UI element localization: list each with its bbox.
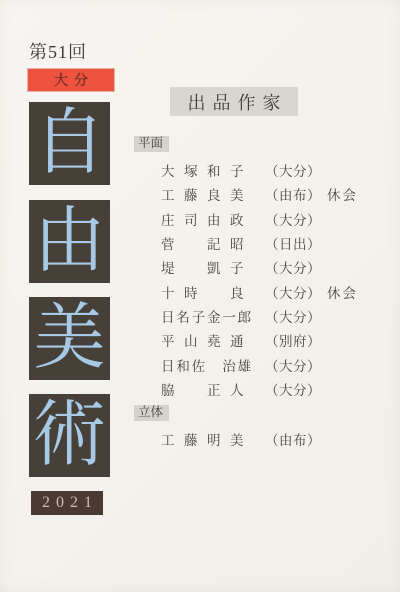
roster-heading: 出品作家 [170, 87, 298, 116]
region-badge: 大分 [28, 69, 114, 91]
artist-name-char: 和 [207, 160, 230, 180]
artist-location: （大分） [265, 355, 321, 375]
artist-name-char: 子 [192, 306, 207, 326]
section-label: 立体 [134, 405, 169, 421]
artist-name-char: 由 [207, 209, 230, 229]
artist-location: （大分） [265, 209, 321, 229]
artist-name-char: 時 [184, 282, 207, 302]
year-text: 2021 [36, 494, 98, 512]
artist-name: 日名子金一郎 [161, 306, 253, 326]
artist-location: （大分） [265, 306, 321, 326]
artist-name-char: 藤 [184, 429, 207, 449]
artist-name-char: 工 [161, 184, 184, 204]
artist-row: 大塚和子（大分） [134, 158, 396, 182]
artist-name-char: 大 [161, 160, 184, 180]
artist-name-char: 美 [230, 184, 253, 204]
artist-name-char [184, 257, 207, 277]
artist-location: （由布） [265, 184, 321, 204]
artist-name-char: 山 [184, 330, 207, 350]
artist-name-char: 記 [207, 233, 230, 253]
title-char-3: 美 [33, 297, 105, 380]
artist-name-char: 平 [161, 330, 184, 350]
artist-name-char: 堯 [207, 330, 230, 350]
artist-name: 工藤良美 [161, 184, 253, 204]
title-char-box-4: 術 [29, 394, 110, 477]
artist-row: 工藤明美（由布） [134, 427, 396, 451]
artist-location: （別府） [265, 330, 321, 350]
artist-name-char: 司 [184, 209, 207, 229]
artist-name-char: 凱 [207, 257, 230, 277]
artist-name-char: 子 [230, 160, 253, 180]
artist-name-char: 日 [161, 355, 176, 375]
artist-name-char: 良 [230, 282, 253, 302]
artist-name-char: 十 [161, 282, 184, 302]
artist-row: 菅 記昭（日出） [134, 231, 396, 255]
artist-status-note: 休会 [327, 184, 358, 204]
artist-row: 平山堯通（別府） [134, 328, 396, 352]
artist-status-note: 休会 [327, 282, 358, 302]
artist-row: 工藤良美（由布）休会 [134, 182, 396, 206]
artist-name: 脇 正人 [161, 379, 253, 399]
artist-name-char: 子 [230, 257, 253, 277]
year-badge: 2021 [31, 491, 103, 515]
artist-row: 日和佐 治雄（大分） [134, 352, 396, 376]
title-char-box-2: 由 [29, 200, 110, 283]
section-label: 平面 [134, 136, 169, 152]
artist-name-char [207, 282, 230, 302]
artist-row: 脇 正人（大分） [134, 377, 396, 401]
artist-name-char: 人 [230, 379, 253, 399]
edition-label: 第51回 [29, 38, 87, 64]
artist-row: 日名子金一郎（大分） [134, 304, 396, 328]
artist-location: （大分） [265, 282, 321, 302]
artist-name-char [207, 355, 222, 375]
artist-name-char: 名 [176, 306, 191, 326]
artist-name-char: 脇 [161, 379, 184, 399]
artist-name-char: 昭 [230, 233, 253, 253]
region-badge-text: 大分 [48, 70, 94, 90]
artist-name-char: 郎 [238, 306, 253, 326]
artist-name-char: 佐 [192, 355, 207, 375]
artist-name-char: 塚 [184, 160, 207, 180]
artist-name: 大塚和子 [161, 160, 253, 180]
artist-name-char: 通 [230, 330, 253, 350]
artist-location: （日出） [265, 233, 321, 253]
artist-name: 庄司由政 [161, 209, 253, 229]
artist-location: （由布） [265, 429, 321, 449]
artist-location: （大分） [265, 379, 321, 399]
artist-row: 庄司由政（大分） [134, 207, 396, 231]
artist-location: （大分） [265, 160, 321, 180]
artist-name: 十時 良 [161, 282, 253, 302]
artist-name-char: 正 [207, 379, 230, 399]
artist-name-char: 政 [230, 209, 253, 229]
artist-row: 十時 良（大分）休会 [134, 279, 396, 303]
title-char-4: 術 [33, 394, 105, 477]
artist-name: 工藤明美 [161, 429, 253, 449]
artist-location: （大分） [265, 257, 321, 277]
artist-name-char [184, 379, 207, 399]
artist-name-char: 堤 [161, 257, 184, 277]
artist-name: 平山堯通 [161, 330, 253, 350]
artist-name-char: 庄 [161, 209, 184, 229]
artist-name-char: 藤 [184, 184, 207, 204]
artist-name-char: 金 [207, 306, 222, 326]
artist-row: 堤 凱子（大分） [134, 255, 396, 279]
title-char-1: 自 [33, 102, 105, 185]
artist-name-char: 明 [207, 429, 230, 449]
artist-name-char: 工 [161, 429, 184, 449]
artist-name-char: 美 [230, 429, 253, 449]
artist-name: 日和佐 治雄 [161, 355, 253, 375]
title-char-2: 由 [33, 200, 105, 283]
artist-name-char: 雄 [238, 355, 253, 375]
artist-name: 堤 凱子 [161, 257, 253, 277]
artist-name-char: 日 [161, 306, 176, 326]
exhibition-card: 第51回 大分 自 由 美 術 2021 出品作家 平面大塚和子（大分）工藤良美… [0, 0, 400, 592]
artist-name-char [184, 233, 207, 253]
artist-name-char: 良 [207, 184, 230, 204]
artist-name-char: 和 [176, 355, 191, 375]
roster-sections: 平面大塚和子（大分）工藤良美（由布）休会庄司由政（大分）菅 記昭（日出）堤 凱子… [134, 134, 396, 451]
artist-name: 菅 記昭 [161, 233, 253, 253]
title-char-box-1: 自 [29, 102, 110, 185]
artist-name-char: 菅 [161, 233, 184, 253]
artist-name-char: 一 [222, 306, 237, 326]
artist-name-char: 治 [222, 355, 237, 375]
title-char-box-3: 美 [29, 297, 110, 380]
roster-heading-text: 出品作家 [181, 89, 288, 115]
